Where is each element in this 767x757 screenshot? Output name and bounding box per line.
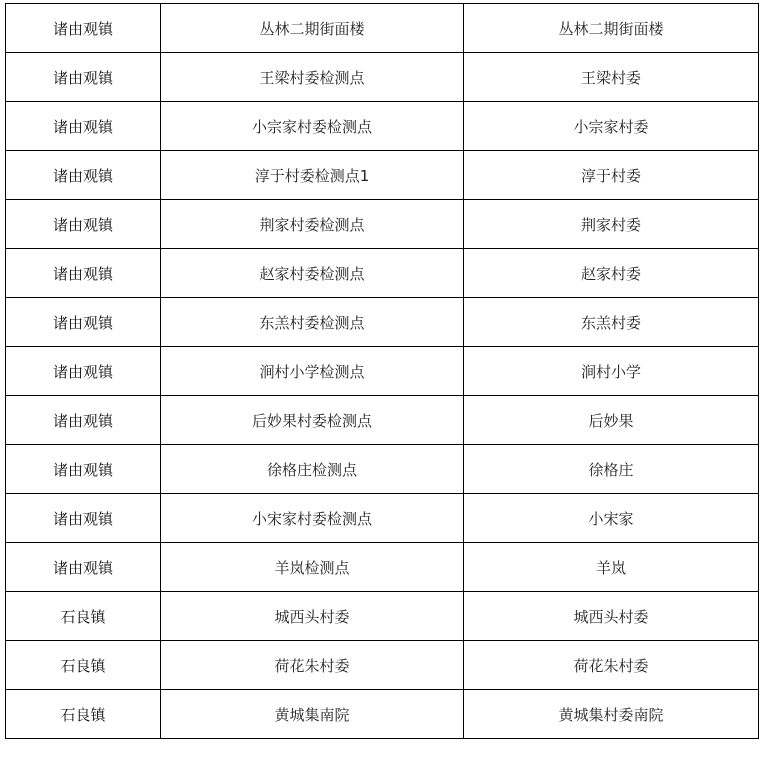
table-row: 诸由观镇 淳于村委检测点1 淳于村委 (6, 151, 759, 200)
town-cell: 诸由观镇 (6, 543, 161, 592)
table-row: 诸由观镇 后妙果村委检测点 后妙果 (6, 396, 759, 445)
monitoring-point-cell: 涧村小学检测点 (161, 347, 464, 396)
town-cell: 诸由观镇 (6, 102, 161, 151)
town-cell: 诸由观镇 (6, 151, 161, 200)
unit-cell: 淳于村委 (464, 151, 759, 200)
unit-cell: 黄城集村委南院 (464, 690, 759, 739)
unit-cell: 徐格庄 (464, 445, 759, 494)
table-row: 石良镇 黄城集南院 黄城集村委南院 (6, 690, 759, 739)
table-row: 诸由观镇 涧村小学检测点 涧村小学 (6, 347, 759, 396)
monitoring-point-cell: 徐格庄检测点 (161, 445, 464, 494)
table-row: 石良镇 城西头村委 城西头村委 (6, 592, 759, 641)
table-row: 诸由观镇 小宗家村委检测点 小宗家村委 (6, 102, 759, 151)
unit-cell: 丛林二期街面楼 (464, 4, 759, 53)
table-row: 诸由观镇 丛林二期街面楼 丛林二期街面楼 (6, 4, 759, 53)
town-cell: 诸由观镇 (6, 298, 161, 347)
town-cell: 诸由观镇 (6, 396, 161, 445)
table-row: 诸由观镇 赵家村委检测点 赵家村委 (6, 249, 759, 298)
town-cell: 石良镇 (6, 641, 161, 690)
table-row: 诸由观镇 徐格庄检测点 徐格庄 (6, 445, 759, 494)
unit-cell: 王梁村委 (464, 53, 759, 102)
monitoring-point-cell: 城西头村委 (161, 592, 464, 641)
table-row: 诸由观镇 东羔村委检测点 东羔村委 (6, 298, 759, 347)
town-cell: 石良镇 (6, 592, 161, 641)
monitoring-point-cell: 小宋家村委检测点 (161, 494, 464, 543)
town-cell: 诸由观镇 (6, 53, 161, 102)
town-cell: 诸由观镇 (6, 4, 161, 53)
testing-sites-table: 诸由观镇 丛林二期街面楼 丛林二期街面楼 诸由观镇 王梁村委检测点 王梁村委 诸… (5, 3, 759, 739)
monitoring-point-cell: 羊岚检测点 (161, 543, 464, 592)
town-cell: 诸由观镇 (6, 445, 161, 494)
monitoring-point-cell: 荷花朱村委 (161, 641, 464, 690)
town-cell: 石良镇 (6, 690, 161, 739)
unit-cell: 羊岚 (464, 543, 759, 592)
table-row: 石良镇 荷花朱村委 荷花朱村委 (6, 641, 759, 690)
unit-cell: 东羔村委 (464, 298, 759, 347)
monitoring-point-cell: 丛林二期街面楼 (161, 4, 464, 53)
table-row: 诸由观镇 小宋家村委检测点 小宋家 (6, 494, 759, 543)
town-cell: 诸由观镇 (6, 249, 161, 298)
monitoring-point-cell: 东羔村委检测点 (161, 298, 464, 347)
town-cell: 诸由观镇 (6, 494, 161, 543)
table-body: 诸由观镇 丛林二期街面楼 丛林二期街面楼 诸由观镇 王梁村委检测点 王梁村委 诸… (6, 4, 759, 739)
monitoring-point-cell: 王梁村委检测点 (161, 53, 464, 102)
unit-cell: 小宋家 (464, 494, 759, 543)
town-cell: 诸由观镇 (6, 347, 161, 396)
unit-cell: 后妙果 (464, 396, 759, 445)
unit-cell: 赵家村委 (464, 249, 759, 298)
document-page: 诸由观镇 丛林二期街面楼 丛林二期街面楼 诸由观镇 王梁村委检测点 王梁村委 诸… (5, 3, 759, 739)
monitoring-point-cell: 黄城集南院 (161, 690, 464, 739)
table-row: 诸由观镇 羊岚检测点 羊岚 (6, 543, 759, 592)
monitoring-point-cell: 赵家村委检测点 (161, 249, 464, 298)
town-cell: 诸由观镇 (6, 200, 161, 249)
unit-cell: 荆家村委 (464, 200, 759, 249)
table-row: 诸由观镇 荆家村委检测点 荆家村委 (6, 200, 759, 249)
table-row: 诸由观镇 王梁村委检测点 王梁村委 (6, 53, 759, 102)
unit-cell: 涧村小学 (464, 347, 759, 396)
monitoring-point-cell: 荆家村委检测点 (161, 200, 464, 249)
unit-cell: 小宗家村委 (464, 102, 759, 151)
monitoring-point-cell: 小宗家村委检测点 (161, 102, 464, 151)
monitoring-point-cell: 后妙果村委检测点 (161, 396, 464, 445)
unit-cell: 城西头村委 (464, 592, 759, 641)
unit-cell: 荷花朱村委 (464, 641, 759, 690)
monitoring-point-cell: 淳于村委检测点1 (161, 151, 464, 200)
